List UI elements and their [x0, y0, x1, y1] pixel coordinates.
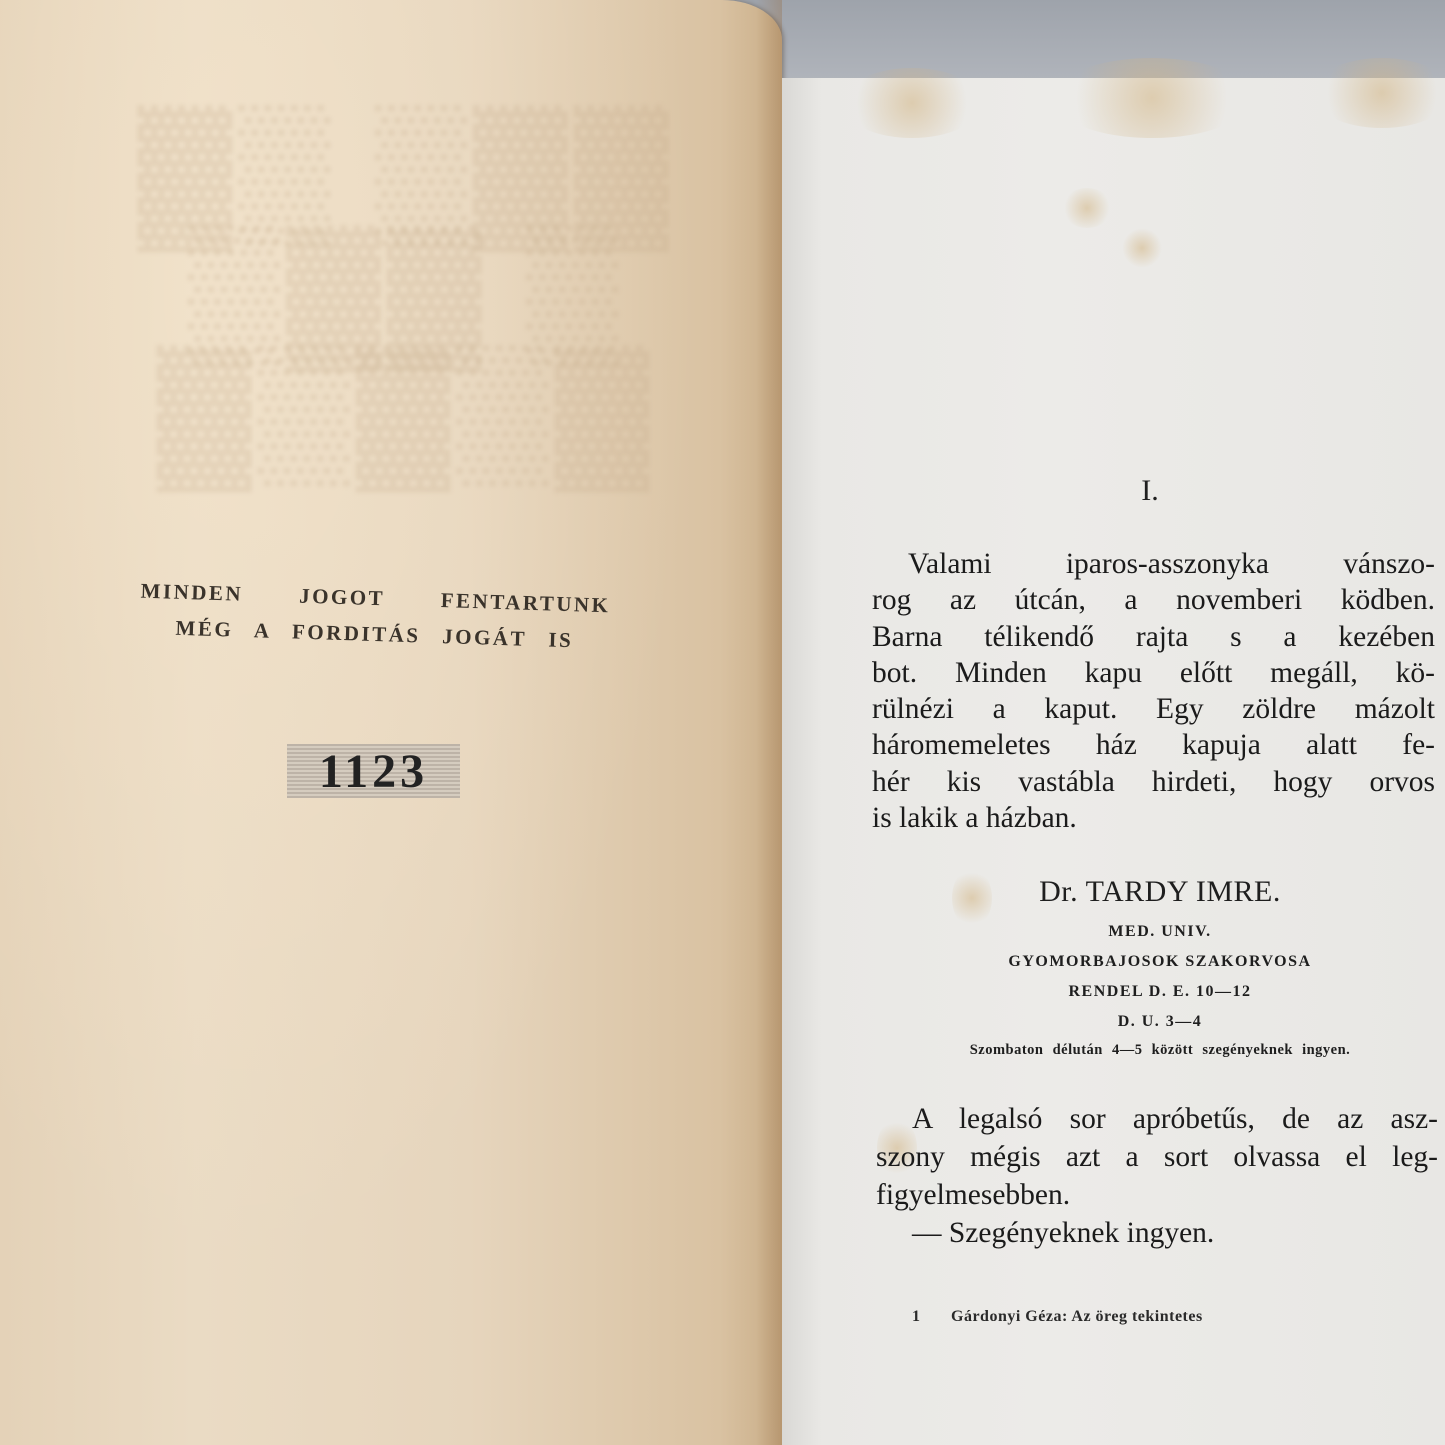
footer-text: Gárdonyi Géza: Az öreg tekintetes — [951, 1308, 1203, 1325]
show-through-text: ▓▓▒ ▒▓▒ ▓▓▒▓▒▓▒▓ — [60, 110, 740, 490]
chapter-number: I. — [1100, 474, 1200, 508]
stain — [1122, 228, 1162, 268]
paragraph-2: A legalsó sor apróbetűs, de az asz- szon… — [876, 1100, 1438, 1252]
paragraph-1: Valami iparos-asszonyka vánszo- rog az ú… — [872, 546, 1435, 836]
page-footer: 1 Gárdonyi Géza: Az öreg tekintetes — [912, 1308, 1203, 1326]
sign-name: Dr. TARDY IMRE. — [880, 875, 1440, 909]
sign-line: D. U. 3—4 — [880, 1007, 1440, 1037]
stain — [1312, 58, 1445, 128]
text-line: A legalsó sor apróbetűs, de az asz- — [876, 1100, 1438, 1138]
text-line: Barna télikendő rajta s a kezében — [872, 619, 1435, 655]
text-line: háromemeletes ház kapuja alatt fe- — [872, 727, 1435, 763]
stamp-number: 1123 — [287, 744, 460, 798]
doctor-sign: Dr. TARDY IMRE. MED. UNIV. GYOMORBAJOSOK… — [880, 875, 1440, 1063]
text-line: Valami iparos-asszonyka vánszo- — [872, 546, 1435, 582]
sign-line: Szombaton délután 4—5 között szegényekne… — [880, 1037, 1440, 1063]
text-line: szony mégis azt a sort olvassa el leg- — [876, 1138, 1438, 1176]
stain — [1062, 188, 1112, 228]
text-line: is lakik a házban. — [872, 800, 1435, 836]
sign-line: RENDEL D. E. 10—12 — [880, 977, 1440, 1007]
rights-notice: MINDEN JOGOT FENTARTUNK MÉG A FORDITÁS J… — [139, 573, 611, 660]
stain — [1052, 58, 1252, 138]
sign-line: MED. UNIV. — [880, 917, 1440, 947]
page-signature: 1 — [912, 1308, 921, 1325]
text-line: — Szegényeknek ingyen. — [876, 1214, 1438, 1252]
text-line: rülnézi a kaput. Egy zöldre mázolt — [872, 691, 1435, 727]
stain — [842, 68, 982, 138]
text-line: rog az útcán, a novemberi ködben. — [872, 582, 1435, 618]
text-line: bot. Minden kapu előtt megáll, kö- — [872, 655, 1435, 691]
text-line: figyelmesebben. — [876, 1176, 1438, 1214]
text-line: hér kis vastábla hirdeti, hogy orvos — [872, 764, 1435, 800]
left-page: ▓▓▒ ▒▓▒ ▓▓▒▓▒▓▒▓ MINDEN JOGOT FENTARTUNK… — [0, 0, 782, 1445]
sign-line: GYOMORBAJOSOK SZAKORVOSA — [880, 947, 1440, 977]
